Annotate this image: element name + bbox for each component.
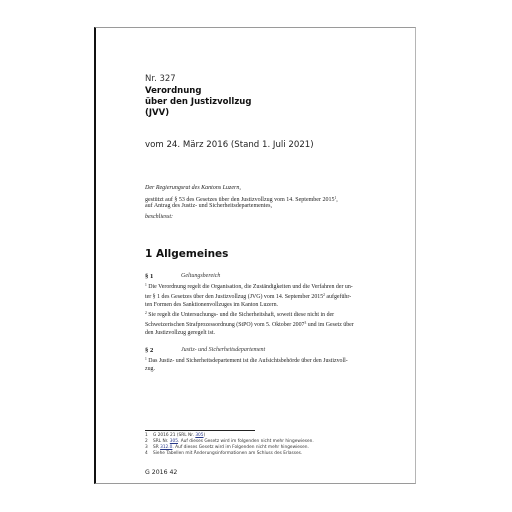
paragraph-1-subsection-1: 1 Die Verordnung regelt die Organisation… (145, 281, 353, 310)
preamble-authority: Der Regierungsrat des Kantons Luzern, (145, 184, 241, 192)
footnote-divider (145, 430, 255, 431)
law-number: Nr. 327 (145, 74, 176, 84)
footnote-4: 4Siehe Tabellen mit Änderungsinformation… (145, 451, 302, 457)
paragraph-2-subsection-1: 1 Das Justiz- und Sicherheitsdepartement… (145, 355, 348, 373)
footnote-1-link[interactable]: 305 (195, 433, 203, 438)
document-page: Nr. 327 Verordnung über den Justizvollzu… (94, 27, 416, 484)
title-line-3: (JVV) (145, 108, 169, 119)
document-date: vom 24. März 2016 (Stand 1. Juli 2021) (145, 140, 314, 150)
preamble-basis-2: auf Antrag des Justiz- und Sicherheitsde… (145, 202, 272, 210)
paragraph-2-title: Justiz- und Sicherheitsdepartement (181, 347, 265, 353)
page-footer: G 2016 42 (145, 469, 177, 476)
section-heading: 1 Allgemeines (145, 248, 228, 260)
paragraph-1-number: § 1 (145, 273, 153, 280)
title-line-1: Verordnung (145, 86, 201, 97)
paragraph-1-subsection-2: 2 Sie regelt die Untersuchungs- und die … (145, 309, 354, 338)
paragraph-1-title: Geltungsbereich (181, 273, 220, 279)
footnote-2-link[interactable]: 305 (170, 439, 178, 444)
preamble-decision: beschliesst: (145, 213, 173, 221)
paragraph-2-number: § 2 (145, 347, 153, 354)
title-line-2: über den Justizvollzug (145, 97, 251, 108)
footnote-3-link[interactable]: 312.0 (160, 445, 172, 450)
